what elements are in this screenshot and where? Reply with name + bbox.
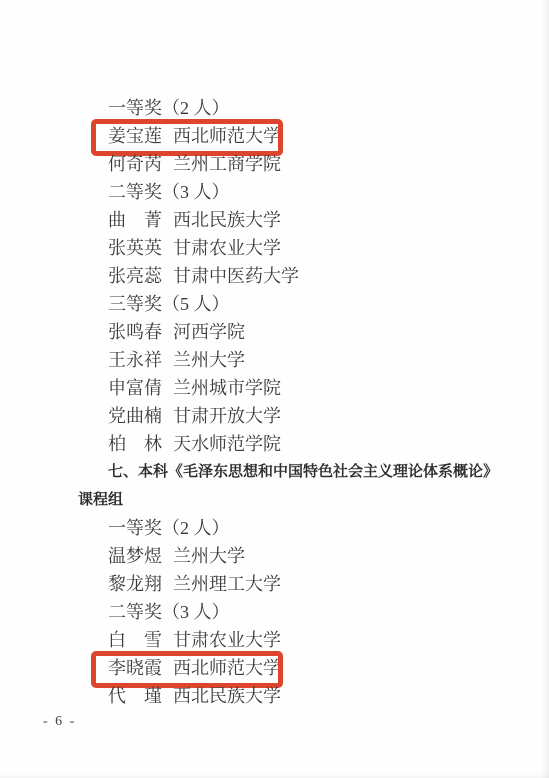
section-heading-text: 七、本科《毛泽东思想和中国特色社会主义理论体系概论》: [108, 463, 498, 480]
awardee-name: 张英英: [108, 234, 163, 262]
awardee-university: 西北师范大学: [173, 658, 281, 678]
awardee-name: 温梦煜: [108, 542, 163, 570]
awardee-university: 兰州工商学院: [173, 154, 281, 174]
section-heading-continuation: 课程组: [0, 486, 549, 514]
awardee-name: 申富倩: [108, 374, 163, 402]
awardee-row: 白 雪甘肃农业大学: [0, 626, 549, 654]
award-tier-row: 二等奖（3 人）: [0, 178, 549, 206]
award-tier-row: 二等奖（3 人）: [0, 598, 549, 626]
awardee-name: 代 瑾: [108, 682, 163, 710]
awardee-row: 党曲楠甘肃开放大学: [0, 402, 549, 430]
awardee-name: 李晓霞: [108, 654, 163, 682]
awardee-row: 曲 菁西北民族大学: [0, 206, 549, 234]
awardee-row: 张英英甘肃农业大学: [0, 234, 549, 262]
award-tier-label: 三等奖（5 人）: [108, 294, 230, 314]
award-tier-row: 三等奖（5 人）: [0, 290, 549, 318]
awardee-university: 甘肃农业大学: [173, 630, 281, 650]
award-tier-label: 二等奖（3 人）: [108, 602, 230, 622]
awardee-name: 何奇芮: [108, 150, 163, 178]
scanned-document-page: 一等奖（2 人） 姜宝莲西北师范大学 何奇芮兰州工商学院 二等奖（3 人） 曲 …: [0, 0, 549, 778]
awardee-university: 兰州大学: [173, 350, 245, 370]
awardee-row: 张亮蕊甘肃中医药大学: [0, 262, 549, 290]
awardee-name: 黎龙翔: [108, 570, 163, 598]
awardee-row: 黎龙翔兰州理工大学: [0, 570, 549, 598]
awardee-university: 西北民族大学: [173, 686, 281, 706]
awardee-name: 白 雪: [108, 626, 163, 654]
awardee-university: 兰州城市学院: [173, 378, 281, 398]
awardee-row-highlighted: 姜宝莲西北师范大学: [0, 122, 549, 150]
awardee-row-highlighted: 李晓霞西北师范大学: [0, 654, 549, 682]
awardee-name: 党曲楠: [108, 402, 163, 430]
awardee-university: 天水师范学院: [173, 434, 281, 454]
award-tier-label: 一等奖（2 人）: [108, 98, 230, 118]
section-heading: 七、本科《毛泽东思想和中国特色社会主义理论体系概论》: [0, 458, 549, 486]
awardee-name: 曲 菁: [108, 206, 163, 234]
awardee-name: 柏 林: [108, 430, 163, 458]
section-heading-continuation-text: 课程组: [78, 491, 123, 508]
awardee-university: 甘肃开放大学: [173, 406, 281, 426]
page-number: - 6 -: [43, 714, 76, 730]
awardee-university: 甘肃农业大学: [173, 238, 281, 258]
awardee-name: 张鸣春: [108, 318, 163, 346]
awardee-name: 姜宝莲: [108, 122, 163, 150]
awardee-university: 河西学院: [173, 322, 245, 342]
award-tier-label: 二等奖（3 人）: [108, 182, 230, 202]
awardee-row: 温梦煜兰州大学: [0, 542, 549, 570]
awardee-row: 张鸣春河西学院: [0, 318, 549, 346]
award-tier-label: 一等奖（2 人）: [108, 518, 230, 538]
award-tier-row: 一等奖（2 人）: [0, 94, 549, 122]
awardee-name: 王永祥: [108, 346, 163, 374]
awardee-name: 张亮蕊: [108, 262, 163, 290]
awardee-row: 申富倩兰州城市学院: [0, 374, 549, 402]
awardee-row: 代 瑾西北民族大学: [0, 682, 549, 710]
awardee-row: 王永祥兰州大学: [0, 346, 549, 374]
awardee-university: 西北师范大学: [173, 126, 281, 146]
awardee-university: 西北民族大学: [173, 210, 281, 230]
awardee-row: 柏 林天水师范学院: [0, 430, 549, 458]
award-tier-row: 一等奖（2 人）: [0, 514, 549, 542]
awardee-row: 何奇芮兰州工商学院: [0, 150, 549, 178]
award-list: 一等奖（2 人） 姜宝莲西北师范大学 何奇芮兰州工商学院 二等奖（3 人） 曲 …: [0, 94, 549, 710]
awardee-university: 兰州大学: [173, 546, 245, 566]
awardee-university: 兰州理工大学: [173, 574, 281, 594]
awardee-university: 甘肃中医药大学: [173, 266, 299, 286]
